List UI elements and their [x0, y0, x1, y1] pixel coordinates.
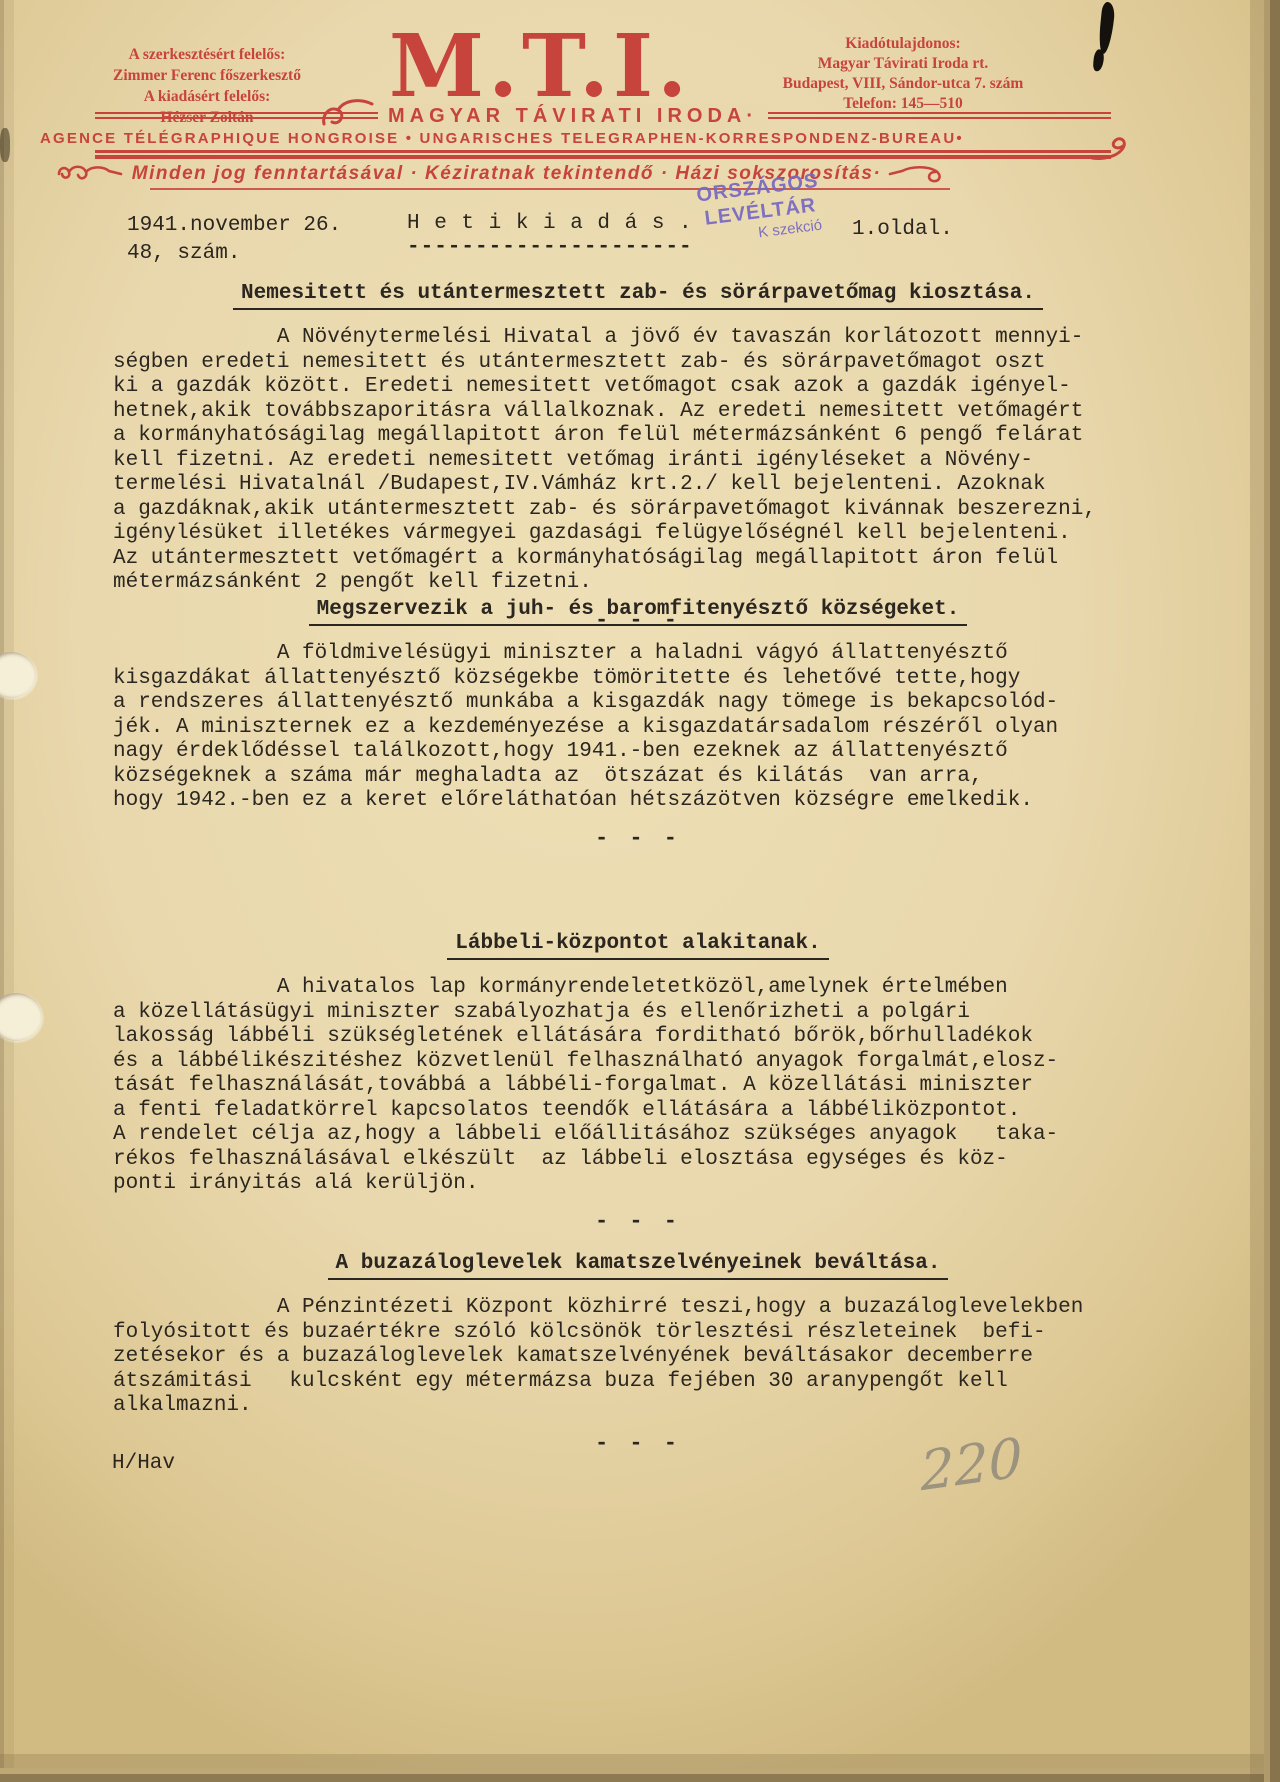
publisher-line-3: Budapest, VIII, Sándor-utca 7. szám — [688, 74, 1118, 94]
punch-hole-lower — [0, 993, 42, 1041]
editor-line-1: A szerkesztésért felelős: — [62, 44, 352, 65]
dateline: 1941.november 26. 48, szám. H e t i k i … — [0, 212, 1280, 272]
edition-underline: --------------------- — [407, 236, 693, 259]
article-3-body: A hivatalos lap kormányrendeletetközöl,a… — [113, 976, 1163, 1197]
article-2-title: Megszervezik a juh- és baromfitenyésztő … — [113, 598, 1163, 626]
page-number: 1.oldal. — [852, 218, 953, 241]
mti-logo: M.T.I. — [340, 24, 740, 110]
document-page: A szerkesztésért felelős: Zimmer Ferenc … — [0, 0, 1280, 1782]
publisher-block: Kiadótulajdonos: Magyar Távirati Iroda r… — [688, 34, 1118, 114]
thick-rule — [95, 150, 1111, 159]
article-3-title: Lábbeli-központot alakitanak. — [113, 932, 1163, 960]
article-2: Megszervezik a juh- és baromfitenyésztő … — [113, 598, 1163, 851]
article-4: A buzazáloglevelek kamatszelvényeinek be… — [113, 1252, 1163, 1456]
article-1-title: Nemesitett és utántermesztett zab- és sö… — [113, 282, 1163, 310]
section-separator: - - - — [113, 1209, 1163, 1234]
handwritten-archive-number: 220 — [920, 1431, 1024, 1500]
org-name-international: AGENCE TÉLÉGRAPHIQUE HONGROISE • UNGARIS… — [40, 129, 1100, 149]
issue-date: 1941.november 26. — [127, 214, 341, 237]
rights-line-row: Minden jog fenntartásával · Kéziratnak t… — [55, 161, 1065, 187]
article-3: Lábbeli-központot alakitanak. A hivatalo… — [113, 932, 1163, 1234]
article-4-title: A buzazáloglevelek kamatszelvényeinek be… — [113, 1252, 1163, 1280]
article-1: Nemesitett és utántermesztett zab- és sö… — [113, 282, 1163, 633]
publisher-line-2: Magyar Távirati Iroda rt. — [688, 54, 1118, 74]
org-name-hungarian: MAGYAR TÁVIRATI IRODA· — [378, 103, 768, 129]
editor-block: A szerkesztésért felelős: Zimmer Ferenc … — [62, 44, 352, 128]
edge-smudge — [0, 128, 10, 162]
section-separator: - - - — [113, 826, 1163, 851]
scroll-flourish-icon — [320, 96, 376, 130]
edition-title: H e t i k i a d á s . — [407, 212, 693, 235]
curl-flourish-right-icon — [1090, 134, 1130, 164]
punch-hole-upper — [0, 652, 36, 698]
typist-initials: H/Hav — [112, 1452, 175, 1475]
article-2-body: A földmivelésügyi miniszter a haladni vá… — [113, 642, 1163, 814]
article-4-body: A Pénzintézeti Központ közhirré teszi,ho… — [113, 1296, 1163, 1419]
publisher-line-1: Kiadótulajdonos: — [688, 34, 1118, 54]
editor-line-2: Zimmer Ferenc főszerkesztő — [62, 65, 352, 86]
scroll-ornament-left-icon — [55, 162, 125, 186]
editor-line-3: A kiadásért felelős: — [62, 86, 352, 107]
article-1-body: A Növénytermelési Hivatal a jövő év tava… — [113, 326, 1163, 596]
issue-number: 48, szám. — [127, 242, 240, 265]
scroll-ornament-right-icon — [888, 162, 948, 186]
